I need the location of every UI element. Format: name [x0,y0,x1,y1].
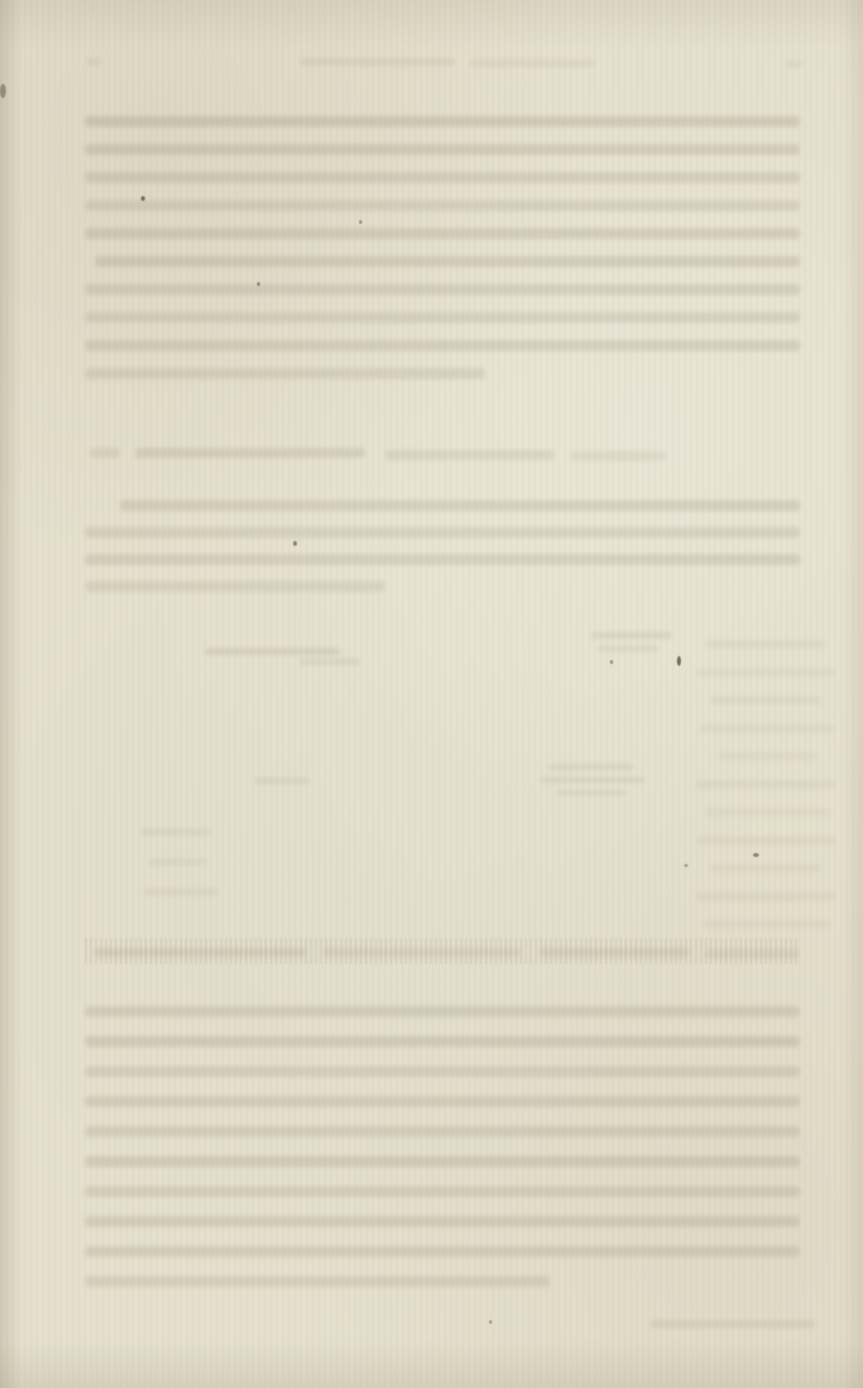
figure-right-ghost-column-line [705,640,825,649]
paragraph-4-smudge-line [85,1126,800,1137]
section-heading-smudge-line [570,451,665,461]
figure-label-mid-left-smudge-line [255,778,310,784]
ink-speck [684,864,688,867]
figure-right-ghost-column-line [695,668,835,677]
ink-speck [359,220,362,224]
paragraph-4-smudge-line [85,1066,800,1077]
paragraph-3-smudge-line [85,581,385,592]
figure-label-left-smudge-line [300,658,360,665]
ink-speck [257,282,260,286]
ink-speck [677,656,681,666]
paragraph-2-smudge-line [85,284,800,295]
figure-label-left-smudge-line [205,648,340,655]
figure-label-mid-right-smudge-line [548,764,633,770]
paragraph-4-smudge-line [85,1096,800,1107]
paragraph-1-smudge-line [85,144,800,155]
paragraph-4-smudge-line [85,1156,800,1167]
paragraph-1-smudge-line [85,228,800,239]
paragraph-3-smudge-line [85,554,800,565]
page-number-right-smudge-line [786,60,802,68]
paragraph-4-smudge-line [85,1036,800,1047]
paragraph-2-smudge-line [85,312,800,323]
figure-caption-smudge-line [323,948,521,957]
ink-speck [0,84,6,98]
figure-caption-smudge-line [539,948,689,957]
paragraph-4-smudge-line [85,1006,800,1017]
figure-right-ghost-column-line [703,920,831,929]
figure-label-mid-right-smudge-line [540,777,645,783]
page-number-left-smudge-line [86,58,102,66]
figure-right-ghost-column-line [695,780,835,789]
ink-speck [293,541,297,546]
ink-speck [141,196,145,201]
running-header-smudge-line [470,59,595,67]
figure-right-ghost-column-line [717,752,817,761]
paragraph-1-smudge-line [85,116,800,127]
paragraph-3-smudge-line [120,500,800,511]
figure-right-ghost-column-line [695,892,835,901]
figure-caption-smudge-line [705,949,800,958]
paragraph-2-smudge-line [85,368,485,379]
figure-label-top-right-smudge-line [598,645,658,652]
figure-right-ghost-column-line [711,696,821,705]
section-heading-smudge-line [90,448,120,458]
figure-left-ghost-rows-line [144,888,219,896]
section-heading-smudge-line [135,448,365,458]
footer-right-smudge-line [650,1320,815,1328]
figure-caption-smudge-line [95,948,307,957]
scanned-page [0,0,863,1388]
paragraph-2-smudge-line [95,256,800,267]
paragraph-1-smudge-line [85,200,800,211]
running-header-smudge-line [300,58,455,66]
paragraph-4-smudge-line [85,1246,800,1257]
paragraph-1-smudge-line [85,172,800,183]
figure-right-ghost-column-line [697,836,835,845]
paragraph-4-smudge-line [85,1186,800,1197]
figure-left-ghost-rows-line [148,858,208,866]
paragraph-2-smudge-line [85,340,800,351]
ink-speck [610,660,613,664]
figure-left-ghost-rows-line [140,828,210,836]
section-heading-smudge-line [385,450,555,460]
figure-right-ghost-column-line [699,724,834,733]
paragraph-4-smudge-line [85,1276,550,1287]
figure-label-mid-right-smudge-line [556,790,626,796]
ink-speck [489,1320,492,1324]
figure-right-ghost-column-line [705,808,830,817]
figure-label-top-right-smudge-line [590,632,672,639]
paragraph-3-smudge-line [85,527,800,538]
paragraph-4-smudge-line [85,1216,800,1227]
ink-speck [753,853,759,857]
figure-right-ghost-column-line [709,864,821,873]
